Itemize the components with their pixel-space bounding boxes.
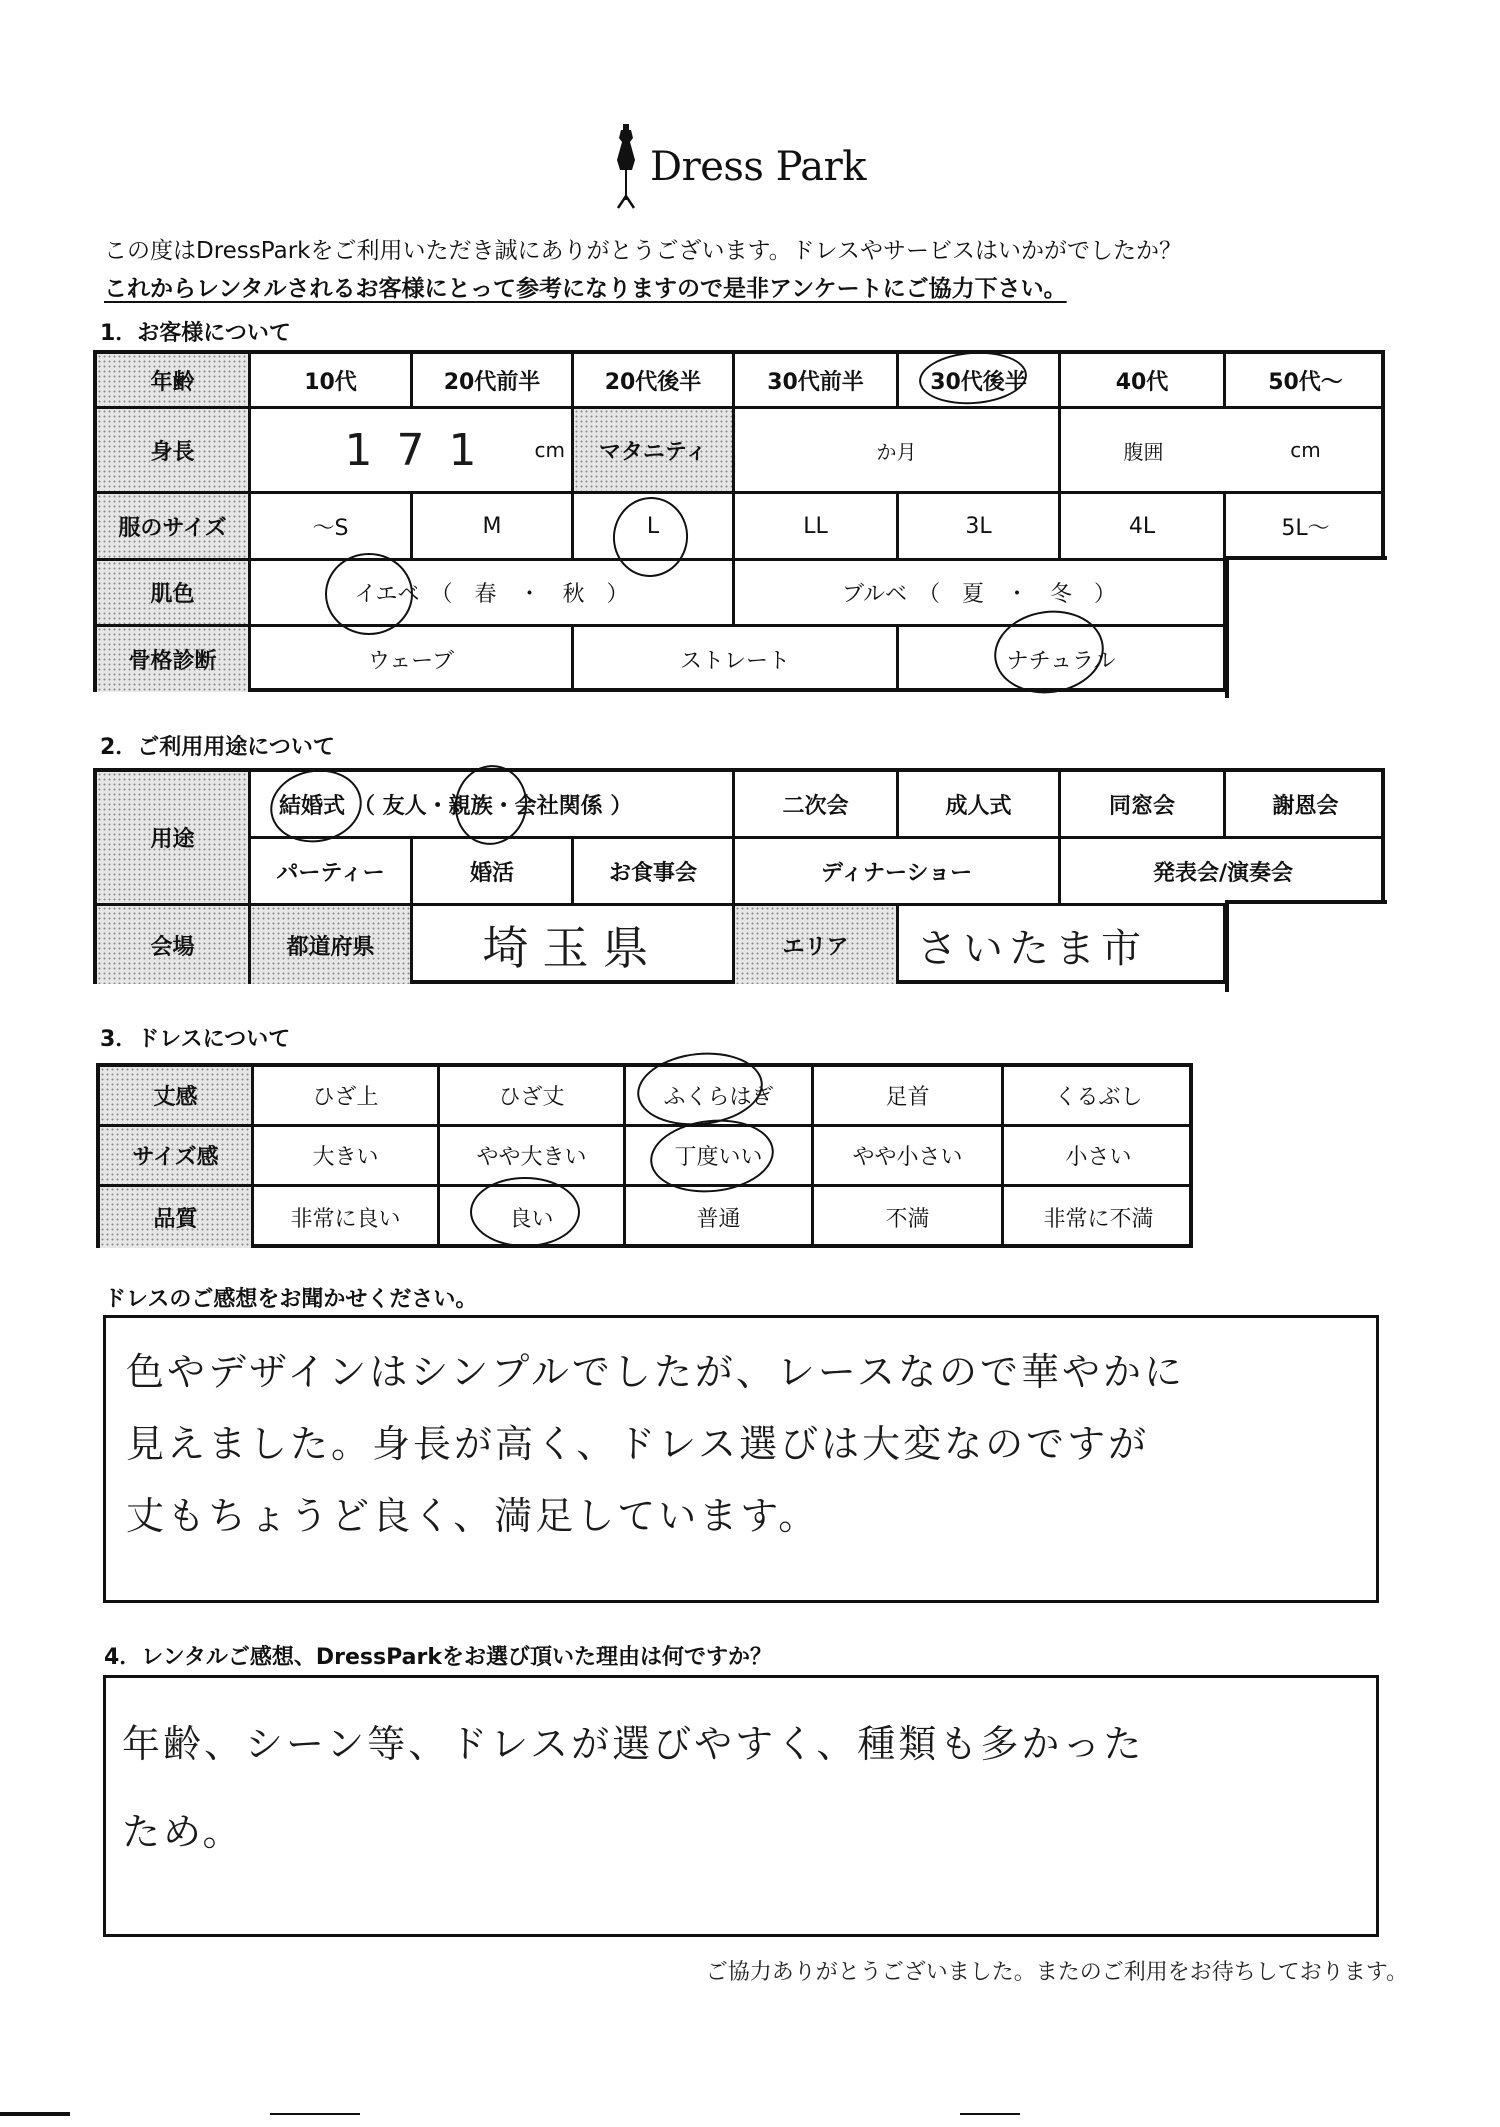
venue-label: 会場 (97, 906, 251, 984)
height-unit: cm (535, 438, 565, 462)
size-option[interactable]: LL (735, 494, 899, 561)
customer-info-table: 年齢 10代 20代前半 20代後半 30代前半 30代後半 40代 50代～ … (93, 350, 1385, 692)
purpose-option[interactable]: パーティー (251, 839, 413, 906)
body-type-label: 骨格診断 (97, 627, 251, 692)
age-option[interactable]: 20代後半 (574, 354, 735, 409)
age-option[interactable]: 50代～ (1226, 354, 1385, 409)
table-edge (1225, 556, 1387, 560)
waist-field[interactable]: cm (1226, 409, 1385, 494)
comment-line: 色やデザインはシンプルでしたが、レースなので華やかに (126, 1336, 1185, 1408)
skin-tone-option-yellow-base[interactable]: イエベ （ 春 ・ 秋 ） (251, 561, 735, 627)
waist-label: 腹囲 (1061, 409, 1226, 494)
quality-option-selected[interactable]: 良い (440, 1187, 626, 1248)
wedding-detail: （ 友人・親族・会社関係 ） (353, 789, 632, 820)
size-option[interactable]: M (413, 494, 574, 561)
size-option[interactable]: ～S (251, 494, 413, 561)
rental-reason-box[interactable]: 年齢、シーン等、ドレスが選びやすく、種類も多かった ため。 (103, 1675, 1379, 1937)
body-type-option[interactable]: ストレート (574, 627, 899, 692)
blue-base-text: ブルベ （ 夏 ・ 冬 ） (842, 577, 1116, 608)
footer-thanks: ご協力ありがとうございました。またのご利用をお待ちしております。 (706, 1955, 1408, 1986)
length-option-selected[interactable]: ふくらはぎ (626, 1067, 814, 1127)
age-option[interactable]: 40代 (1061, 354, 1226, 409)
fit-option[interactable]: やや小さい (814, 1127, 1004, 1187)
purpose-option[interactable]: ディナーショー (735, 839, 1061, 906)
age-option[interactable]: 30代前半 (735, 354, 899, 409)
size-option[interactable]: 4L (1061, 494, 1226, 561)
length-label: 丈感 (100, 1067, 254, 1127)
size-option[interactable]: 3L (899, 494, 1061, 561)
area-label: エリア (735, 906, 899, 984)
prefecture-label: 都道府県 (251, 906, 413, 984)
age-label: 年齢 (97, 354, 251, 409)
quality-label: 品質 (100, 1187, 254, 1248)
section2-title: 2．ご利用用途について (100, 730, 335, 761)
quality-option[interactable]: 不満 (814, 1187, 1004, 1248)
fit-option[interactable]: 大きい (254, 1127, 440, 1187)
age-option[interactable]: 10代 (251, 354, 413, 409)
size-option-selected[interactable]: L (574, 494, 735, 561)
fit-option[interactable]: やや大きい (440, 1127, 626, 1187)
section3-title: 3．ドレスについて (100, 1022, 290, 1053)
quality-option[interactable]: 非常に不満 (1004, 1187, 1193, 1248)
answer-line: 年齢、シーン等、ドレスが選びやすく、種類も多かった (122, 1700, 1144, 1788)
size-option[interactable]: 5L～ (1226, 494, 1385, 561)
prefecture-field[interactable]: 埼玉県 (413, 906, 735, 984)
body-type-option-selected[interactable]: ナチュラル (899, 627, 1226, 692)
wedding-main: 結婚式 (279, 789, 345, 820)
purpose-option[interactable]: 二次会 (735, 772, 899, 839)
section1-title: 1．お客様について (100, 316, 291, 347)
rental-reason-text: 年齢、シーン等、ドレスが選びやすく、種類も多かった ため。 (122, 1700, 1144, 1876)
fit-option[interactable]: 小さい (1004, 1127, 1193, 1187)
intro-request: これからレンタルされるお客様にとって参考になりますので是非アンケートにご協力下さ… (104, 270, 1067, 303)
height-value: 171 (345, 425, 501, 476)
purpose-label: 用途 (97, 772, 251, 906)
table-edge (1225, 900, 1387, 904)
maternity-months-field[interactable]: か月 (735, 409, 1061, 494)
body-type-option[interactable]: ウェーブ (251, 627, 574, 692)
length-option[interactable]: くるぶし (1004, 1067, 1193, 1127)
intro-greeting: この度はDressParkをご利用いただき誠にありがとうございます。ドレスやサー… (104, 232, 1182, 265)
prefecture-value: 埼玉県 (483, 912, 663, 978)
scan-mark (0, 2112, 70, 2116)
purpose-option[interactable]: 発表会/演奏会 (1061, 839, 1385, 906)
waist-unit: cm (1290, 438, 1320, 462)
wedding-option[interactable]: 結婚式 （ 友人・親族・会社関係 ） (251, 772, 735, 839)
purpose-option[interactable]: 同窓会 (1061, 772, 1226, 839)
comment-line: 見えました。身長が高く、ドレス選びは大変なのですが (126, 1408, 1185, 1480)
yellow-base-text: イエベ （ 春 ・ 秋 ） (354, 577, 628, 608)
height-field[interactable]: 171 cm (251, 409, 574, 494)
dress-comment-box[interactable]: 色やデザインはシンプルでしたが、レースなので華やかに 見えました。身長が高く、ド… (103, 1315, 1379, 1603)
quality-option[interactable]: 普通 (626, 1187, 814, 1248)
clothing-size-label: 服のサイズ (97, 494, 251, 561)
section4-title: 4．レンタルご感想、DressParkをお選び頂いた理由は何ですか？ (104, 1640, 772, 1671)
usage-table: 用途 結婚式 （ 友人・親族・会社関係 ） 二次会 成人式 同窓会 謝恩会 パー… (93, 768, 1385, 984)
quality-option[interactable]: 非常に良い (254, 1187, 440, 1248)
age-option-selected[interactable]: 30代後半 (899, 354, 1061, 409)
scan-mark (960, 2113, 1020, 2115)
fit-label: サイズ感 (100, 1127, 254, 1187)
length-option[interactable]: ひざ丈 (440, 1067, 626, 1127)
area-value: さいたま市 (917, 917, 1147, 974)
length-option[interactable]: 足首 (814, 1067, 1004, 1127)
scan-mark (270, 2113, 360, 2115)
fit-option-selected[interactable]: 丁度いい (626, 1127, 814, 1187)
purpose-option[interactable]: お食事会 (574, 839, 735, 906)
brand-name: Dress Park (650, 144, 866, 190)
dresspark-logo: Dress Park (612, 122, 866, 212)
height-label: 身長 (97, 409, 251, 494)
skin-tone-label: 肌色 (97, 561, 251, 627)
empty-area (1225, 902, 1395, 992)
age-option[interactable]: 20代前半 (413, 354, 574, 409)
length-option[interactable]: ひざ上 (254, 1067, 440, 1127)
purpose-option[interactable]: 成人式 (899, 772, 1061, 839)
area-field[interactable]: さいたま市 (899, 906, 1226, 984)
skin-tone-option-blue-base[interactable]: ブルベ （ 夏 ・ 冬 ） (735, 561, 1226, 627)
empty-area (1225, 558, 1395, 698)
comment-line: 丈もちょうど良く、満足しています。 (126, 1480, 1185, 1552)
dress-comment-text: 色やデザインはシンプルでしたが、レースなので華やかに 見えました。身長が高く、ド… (126, 1336, 1185, 1552)
dress-comment-prompt: ドレスのご感想をお聞かせください。 (104, 1282, 477, 1313)
purpose-option[interactable]: 婚活 (413, 839, 574, 906)
maternity-label: マタニティ (574, 409, 735, 494)
dress-table: 丈感 ひざ上 ひざ丈 ふくらはぎ 足首 くるぶし サイズ感 大きい やや大きい … (96, 1063, 1193, 1248)
answer-line: ため。 (122, 1788, 1144, 1876)
months-unit: か月 (877, 436, 917, 465)
purpose-option[interactable]: 謝恩会 (1226, 772, 1385, 839)
dress-form-icon (612, 122, 640, 212)
